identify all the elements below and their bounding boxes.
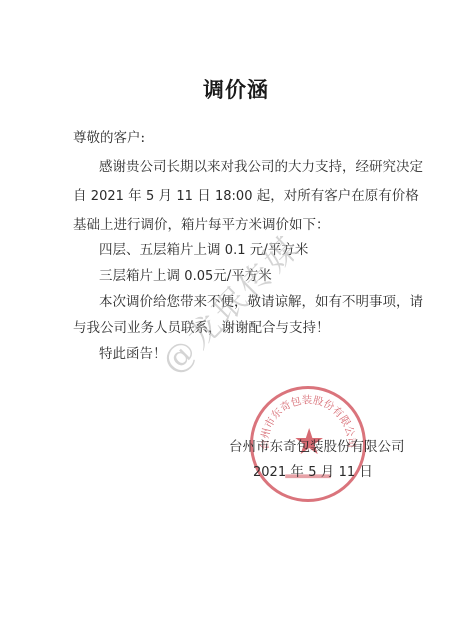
effective-time: 18:00 — [215, 189, 252, 204]
text-fragment: 年 — [124, 188, 146, 204]
paragraph1-line1: 感谢贵公司长期以来对我公司的大力支持，经研究决定 — [99, 155, 423, 175]
effective-year: 2021 — [91, 189, 124, 204]
price-item-label: 四层、五层箱片上调 — [99, 242, 225, 258]
price-item-amount: 0.05 — [184, 269, 213, 284]
signature-company: 台州市东奇包装股份有限公司 — [229, 435, 405, 455]
price-item-label: 三层箱片上调 — [99, 268, 184, 284]
text-fragment: 月 — [316, 464, 338, 480]
text-fragment: 日 — [193, 188, 215, 204]
paragraph1-line3: 基础上进行调价，箱片每平方米调价如下： — [73, 213, 330, 233]
signature-date: 2021 年 5 月 11 日 — [253, 460, 373, 480]
signature-year: 2021 — [253, 465, 286, 480]
text-fragment: 起，对所有客户在原有价格 — [252, 188, 418, 204]
text-fragment: 月 — [154, 188, 176, 204]
salutation: 尊敬的客户: — [73, 126, 145, 146]
signature-day: 11 — [339, 465, 356, 480]
text-fragment: 日 — [355, 464, 373, 480]
text-fragment: 自 — [73, 188, 91, 204]
paragraph1-line2: 自 2021 年 5 月 11 日 18:00 起，对所有客户在原有价格 — [73, 184, 419, 204]
effective-day: 11 — [176, 189, 193, 204]
text-fragment: 年 — [286, 464, 308, 480]
document-title: 调价涵 — [0, 74, 472, 104]
